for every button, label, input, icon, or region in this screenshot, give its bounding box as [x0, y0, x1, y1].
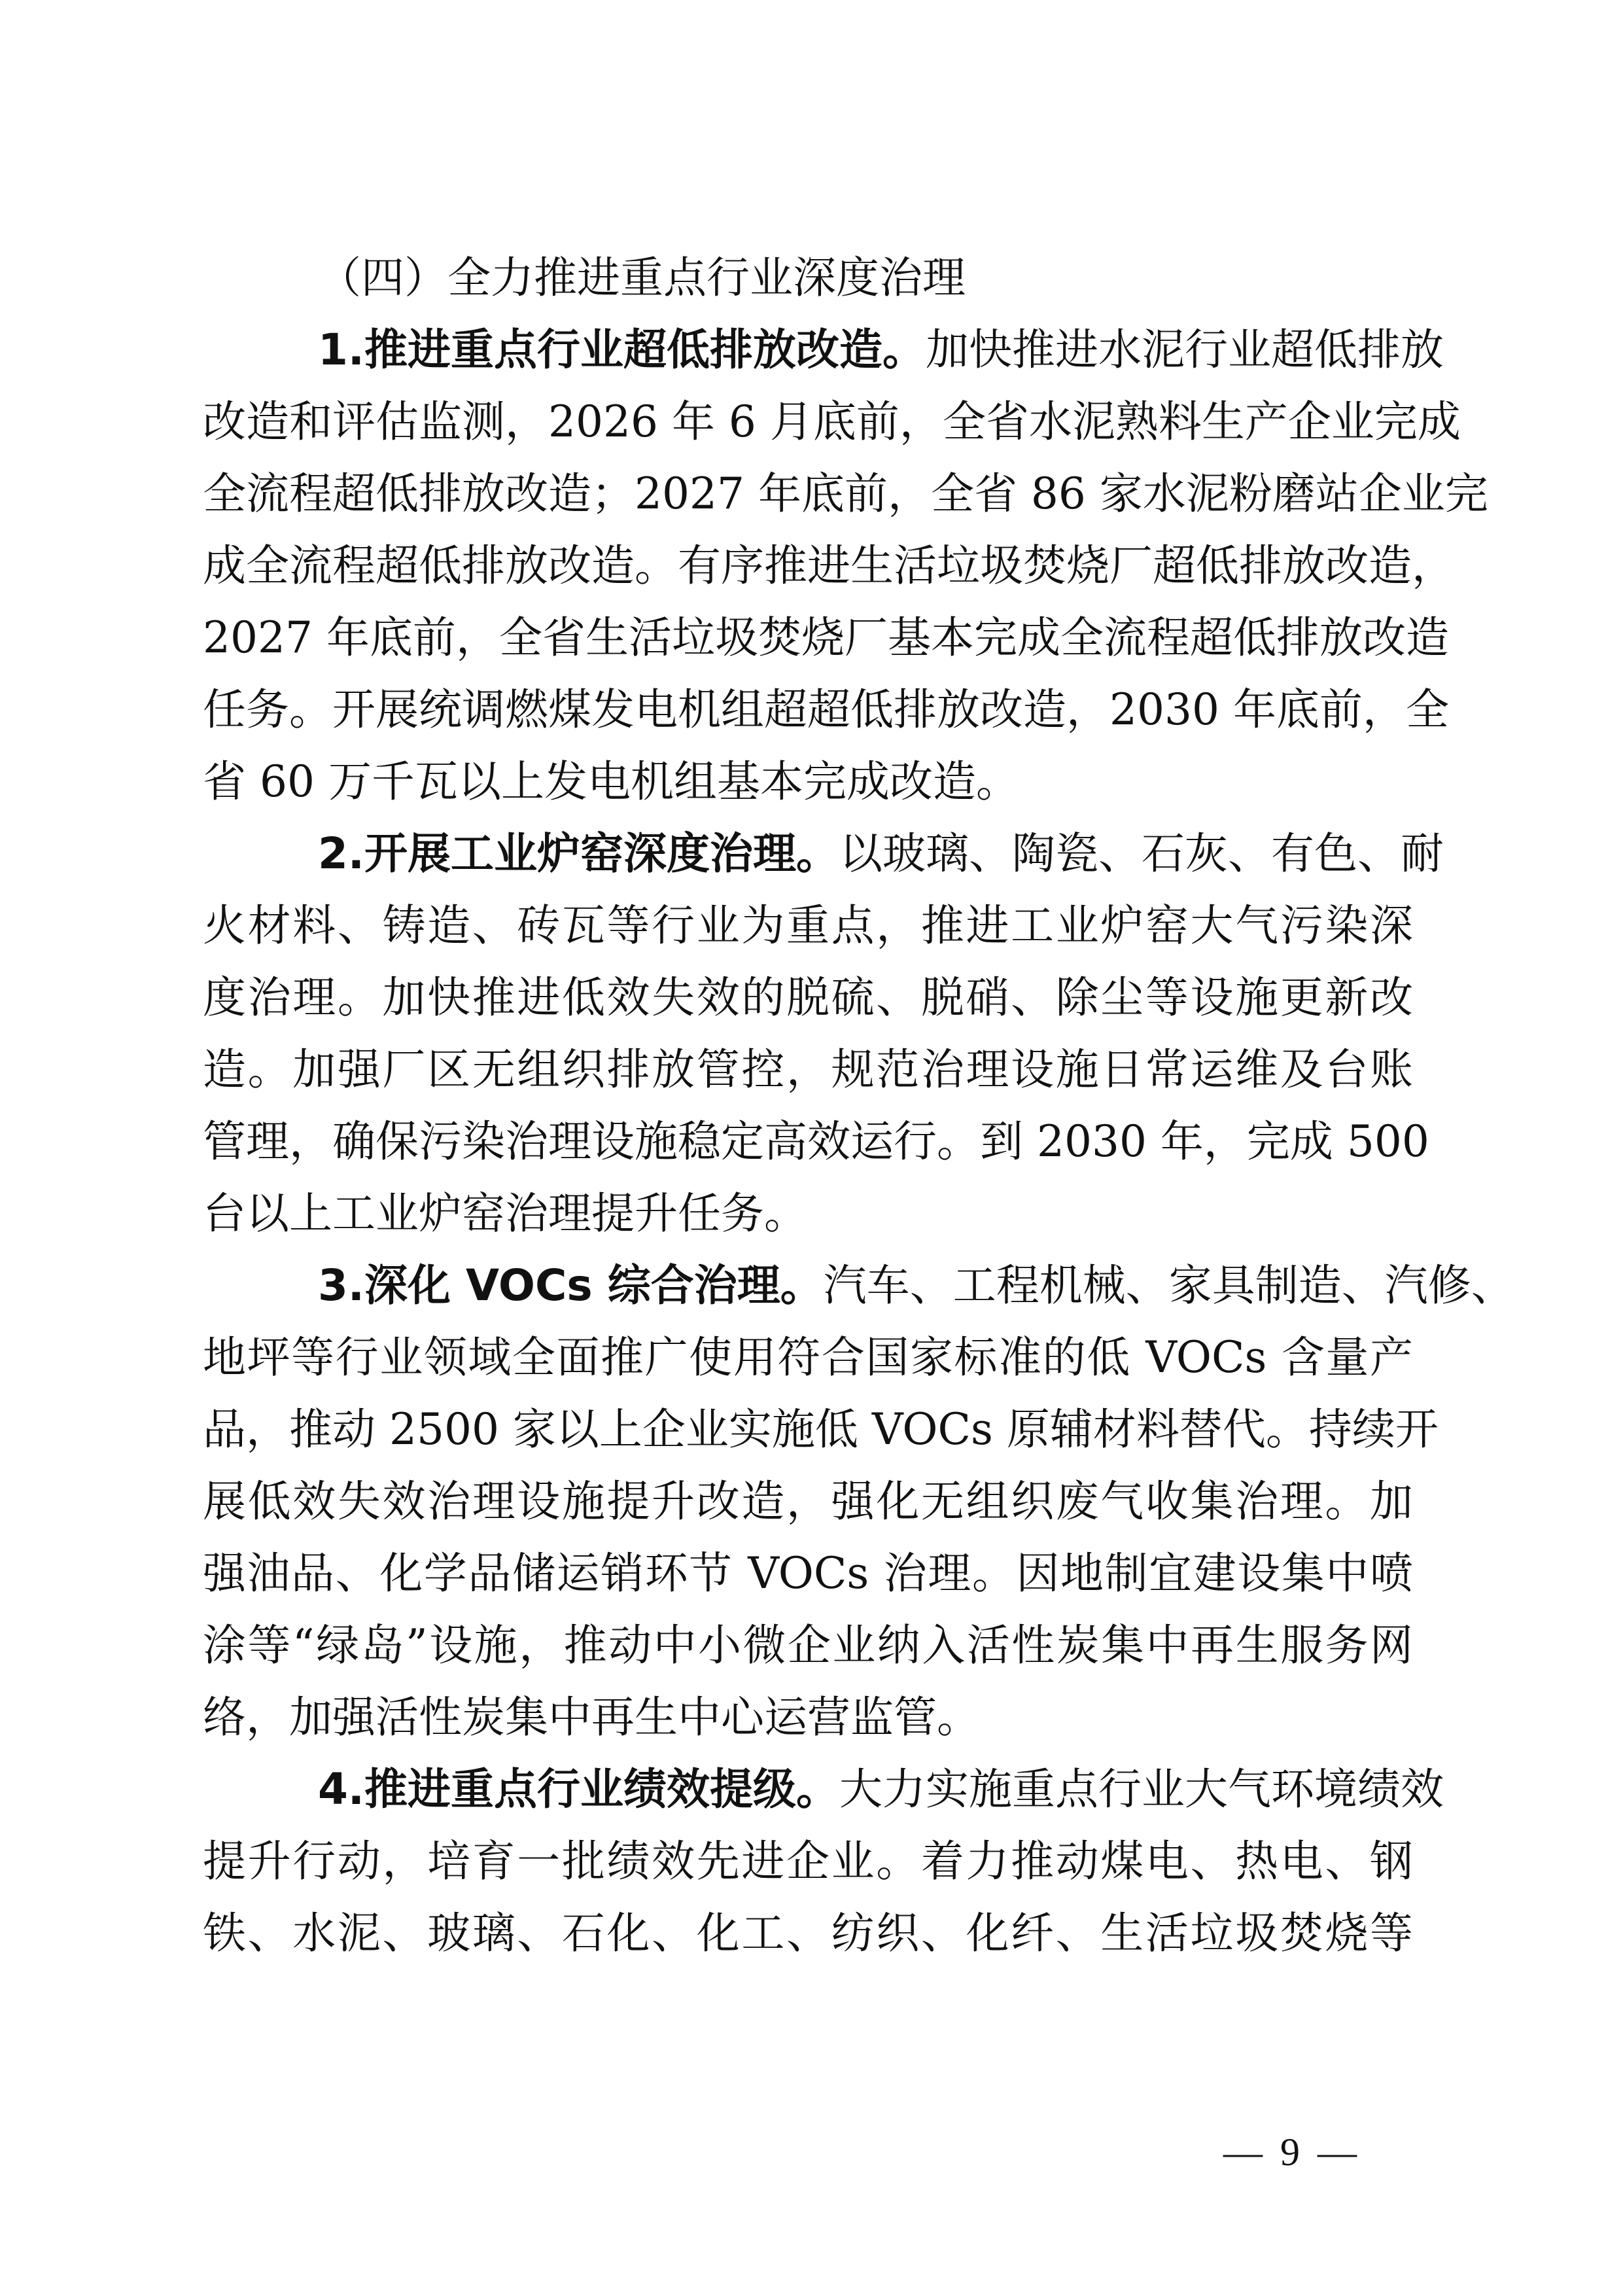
paragraph-1-line-4: 成全流程超低排放改造。有序推进生活垃圾焚烧厂超低排放改造，	[203, 530, 1413, 602]
paragraph-2-line-6: 台以上工业炉窑治理提升任务。	[203, 1178, 1413, 1250]
paragraph-1-line-3: 全流程超低排放改造；2027 年底前，全省 86 家水泥粉磨站企业完	[203, 458, 1413, 530]
paragraph-2-line-3: 度治理。加快推进低效失效的脱硫、脱硝、除尘等设施更新改	[203, 962, 1413, 1034]
paragraph-4-line-2: 提升行动，培育一批绩效先进企业。着力推动煤电、热电、钢	[203, 1826, 1413, 1898]
paragraph-3-line-6: 涂等“绿岛”设施，推动中小微企业纳入活性炭集中再生服务网	[203, 1610, 1413, 1682]
paragraph-2-line-1: 2.开展工业炉窑深度治理。以玻璃、陶瓷、石灰、有色、耐	[203, 818, 1413, 890]
paragraph-3-line-1: 3.深化 VOCs 综合治理。汽车、工程机械、家具制造、汽修、	[203, 1250, 1413, 1322]
paragraph-2-title: 2.开展工业炉窑深度治理。	[318, 828, 839, 879]
paragraph-1-line-7: 省 60 万千瓦以上发电机组基本完成改造。	[203, 746, 1413, 818]
paragraph-3-text: 汽车、工程机械、家具制造、汽修、	[824, 1260, 1514, 1311]
paragraph-4-line-3: 铁、水泥、玻璃、石化、化工、纺织、化纤、生活垃圾焚烧等	[203, 1898, 1413, 1969]
paragraph-1-title: 1.推进重点行业超低排放改造。	[318, 325, 926, 375]
page-number: — 9 —	[1223, 2130, 1361, 2175]
paragraph-1-line-2: 改造和评估监测，2026 年 6 月底前，全省水泥熟料生产企业完成	[203, 386, 1413, 458]
paragraph-4-text: 大力实施重点行业大气环境绩效	[839, 1764, 1444, 1814]
paragraph-1-line-5: 2027 年底前，全省生活垃圾焚烧厂基本完成全流程超低排放改造	[203, 602, 1413, 674]
paragraph-2-line-5: 管理，确保污染治理设施稳定高效运行。到 2030 年，完成 500	[203, 1106, 1413, 1178]
paragraph-3-line-2: 地坪等行业领域全面推广使用符合国家标准的低 VOCs 含量产	[203, 1322, 1413, 1394]
paragraph-1-text: 加快推进水泥行业超低排放	[926, 325, 1444, 375]
paragraph-4-title: 4.推进重点行业绩效提级。	[318, 1764, 839, 1814]
paragraph-3-line-7: 络，加强活性炭集中再生中心运营监管。	[203, 1682, 1413, 1754]
paragraph-3-line-3: 品，推动 2500 家以上企业实施低 VOCs 原辅材料替代。持续开	[203, 1394, 1413, 1466]
paragraph-2-text: 以玻璃、陶瓷、石灰、有色、耐	[839, 828, 1444, 879]
section-heading: （四）全力推进重点行业深度治理	[203, 242, 1413, 314]
paragraph-1-line-6: 任务。开展统调燃煤发电机组超超低排放改造，2030 年底前，全	[203, 674, 1413, 746]
paragraph-1-line-1: 1.推进重点行业超低排放改造。加快推进水泥行业超低排放	[203, 314, 1413, 386]
document-page: （四）全力推进重点行业深度治理 1.推进重点行业超低排放改造。加快推进水泥行业超…	[203, 242, 1413, 1969]
paragraph-2-line-2: 火材料、铸造、砖瓦等行业为重点，推进工业炉窑大气污染深	[203, 890, 1413, 962]
paragraph-3-title: 3.深化 VOCs 综合治理。	[318, 1260, 824, 1311]
paragraph-3-line-5: 强油品、化学品储运销环节 VOCs 治理。因地制宜建设集中喷	[203, 1538, 1413, 1610]
paragraph-2-line-4: 造。加强厂区无组织排放管控，规范治理设施日常运维及台账	[203, 1034, 1413, 1106]
paragraph-3-line-4: 展低效失效治理设施提升改造，强化无组织废气收集治理。加	[203, 1466, 1413, 1538]
paragraph-4-line-1: 4.推进重点行业绩效提级。大力实施重点行业大气环境绩效	[203, 1754, 1413, 1826]
